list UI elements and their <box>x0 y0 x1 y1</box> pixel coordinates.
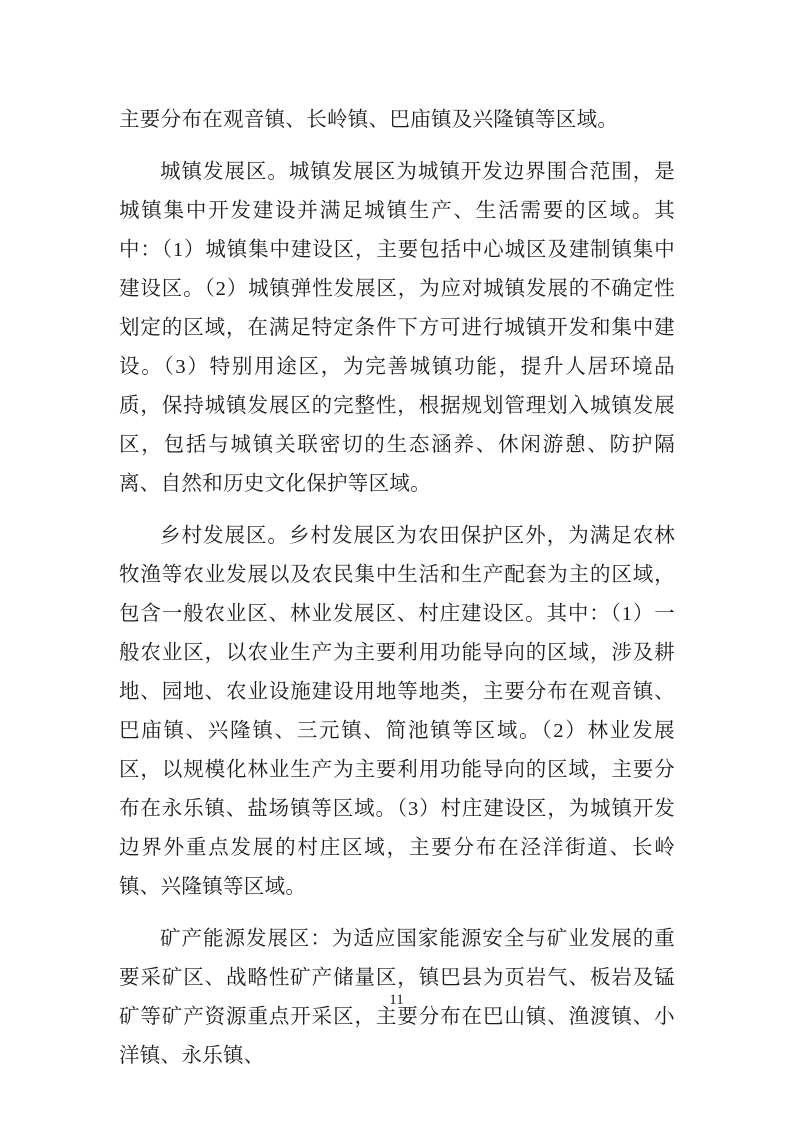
paragraph-rural-development-zone: 乡村发展区。乡村发展区为农田保护区外，为满足农林牧渔等农业发展以及农民集中生活和… <box>119 517 675 907</box>
paragraph-urban-development-zone: 城镇发展区。城镇发展区为城镇开发边界围合范围，是城镇集中开发建设并满足城镇生产、… <box>119 153 675 504</box>
paragraph-continuation: 主要分布在观音镇、长岭镇、巴庙镇及兴隆镇等区域。 <box>119 101 675 140</box>
document-body: 主要分布在观音镇、长岭镇、巴庙镇及兴隆镇等区域。 城镇发展区。城镇发展区为城镇开… <box>119 101 675 1089</box>
page-number: 11 <box>0 991 793 1009</box>
document-page: 主要分布在观音镇、长岭镇、巴庙镇及兴隆镇等区域。 城镇发展区。城镇发展区为城镇开… <box>0 0 793 1122</box>
